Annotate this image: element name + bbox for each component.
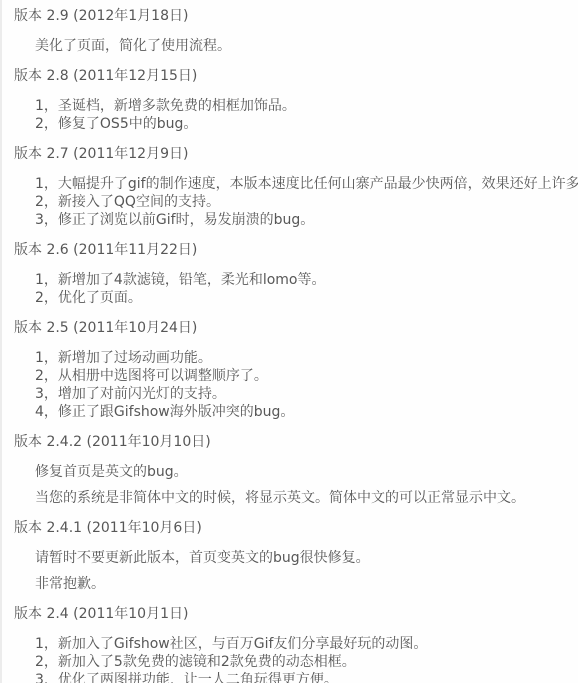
note-line: 1，新增加了4款滤镜，铅笔，柔光和lomo等。 xyxy=(35,271,570,289)
version-section: 版本 2.5 (2011年10月24日)1，新增加了过场动画功能。2，从相册中选… xyxy=(14,319,570,421)
note-line: 2，优化了页面。 xyxy=(35,289,570,307)
version-note-paragraph: 修复首页是英文的bug。 xyxy=(14,463,570,481)
note-line: 4，修正了跟Gifshow海外版冲突的bug。 xyxy=(35,403,570,421)
version-heading: 版本 2.5 (2011年10月24日) xyxy=(14,319,570,337)
version-heading: 版本 2.9 (2012年1月18日) xyxy=(14,7,570,25)
version-note-paragraph: 当您的系统是非简体中文的时候，将显示英文。简体中文的可以正常显示中文。 xyxy=(14,489,570,507)
version-note-paragraph: 非常抱歉。 xyxy=(14,575,570,593)
version-note-paragraph: 1，圣诞档，新增多款免费的相框加饰品。2，修复了OS5中的bug。 xyxy=(14,97,570,133)
version-note-paragraph: 1，新增加了4款滤镜，铅笔，柔光和lomo等。2，优化了页面。 xyxy=(14,271,570,307)
version-heading: 版本 2.7 (2011年12月9日) xyxy=(14,145,570,163)
version-section: 版本 2.4 (2011年10月1日)1，新加入了Gifshow社区，与百万Gi… xyxy=(14,605,570,683)
note-line: 修复首页是英文的bug。 xyxy=(35,463,570,481)
changelog: 版本 2.9 (2012年1月18日)美化了页面，简化了使用流程。版本 2.8 … xyxy=(2,0,578,683)
note-line: 非常抱歉。 xyxy=(35,575,570,593)
version-note-paragraph: 美化了页面，简化了使用流程。 xyxy=(14,37,570,55)
note-line: 1，大幅提升了gif的制作速度，本版本速度比任何山寨产品最少快两倍，效果还好上许… xyxy=(35,175,570,193)
note-line: 3，优化了两图拼功能，让一人二角玩得更方便。 xyxy=(35,671,570,683)
note-line: 3，修正了浏览以前Gif时，易发崩溃的bug。 xyxy=(35,211,570,229)
version-section: 版本 2.6 (2011年11月22日)1，新增加了4款滤镜，铅笔，柔光和lom… xyxy=(14,241,570,307)
version-section: 版本 2.7 (2011年12月9日)1，大幅提升了gif的制作速度，本版本速度… xyxy=(14,145,570,229)
version-note-paragraph: 请暂时不要更新此版本，首页变英文的bug很快修复。 xyxy=(14,549,570,567)
note-line: 请暂时不要更新此版本，首页变英文的bug很快修复。 xyxy=(35,549,570,567)
version-section: 版本 2.4.1 (2011年10月6日)请暂时不要更新此版本，首页变英文的bu… xyxy=(14,519,570,593)
version-section: 版本 2.4.2 (2011年10月10日)修复首页是英文的bug。当您的系统是… xyxy=(14,433,570,507)
note-line: 美化了页面，简化了使用流程。 xyxy=(35,37,570,55)
version-heading: 版本 2.8 (2011年12月15日) xyxy=(14,67,570,85)
version-note-paragraph: 1，新加入了Gifshow社区，与百万Gif友们分享最好玩的动图。2，新加入了5… xyxy=(14,635,570,683)
note-line: 2，从相册中选图将可以调整顺序了。 xyxy=(35,367,570,385)
version-note-paragraph: 1，新增加了过场动画功能。2，从相册中选图将可以调整顺序了。3，增加了对前闪光灯… xyxy=(14,349,570,421)
note-line: 2，新加入了5款免费的滤镜和2款免费的动态相框。 xyxy=(35,653,570,671)
note-line: 当您的系统是非简体中文的时候，将显示英文。简体中文的可以正常显示中文。 xyxy=(35,489,570,507)
version-heading: 版本 2.4.1 (2011年10月6日) xyxy=(14,519,570,537)
note-line: 1，新加入了Gifshow社区，与百万Gif友们分享最好玩的动图。 xyxy=(35,635,570,653)
note-line: 2，修复了OS5中的bug。 xyxy=(35,115,570,133)
note-line: 1，新增加了过场动画功能。 xyxy=(35,349,570,367)
note-line: 1，圣诞档，新增多款免费的相框加饰品。 xyxy=(35,97,570,115)
version-section: 版本 2.8 (2011年12月15日)1，圣诞档，新增多款免费的相框加饰品。2… xyxy=(14,67,570,133)
version-heading: 版本 2.4 (2011年10月1日) xyxy=(14,605,570,623)
version-heading: 版本 2.6 (2011年11月22日) xyxy=(14,241,570,259)
note-line: 2，新接入了QQ空间的支持。 xyxy=(35,193,570,211)
version-section: 版本 2.9 (2012年1月18日)美化了页面，简化了使用流程。 xyxy=(14,7,570,55)
version-note-paragraph: 1，大幅提升了gif的制作速度，本版本速度比任何山寨产品最少快两倍，效果还好上许… xyxy=(14,175,570,229)
version-heading: 版本 2.4.2 (2011年10月10日) xyxy=(14,433,570,451)
note-line: 3，增加了对前闪光灯的支持。 xyxy=(35,385,570,403)
